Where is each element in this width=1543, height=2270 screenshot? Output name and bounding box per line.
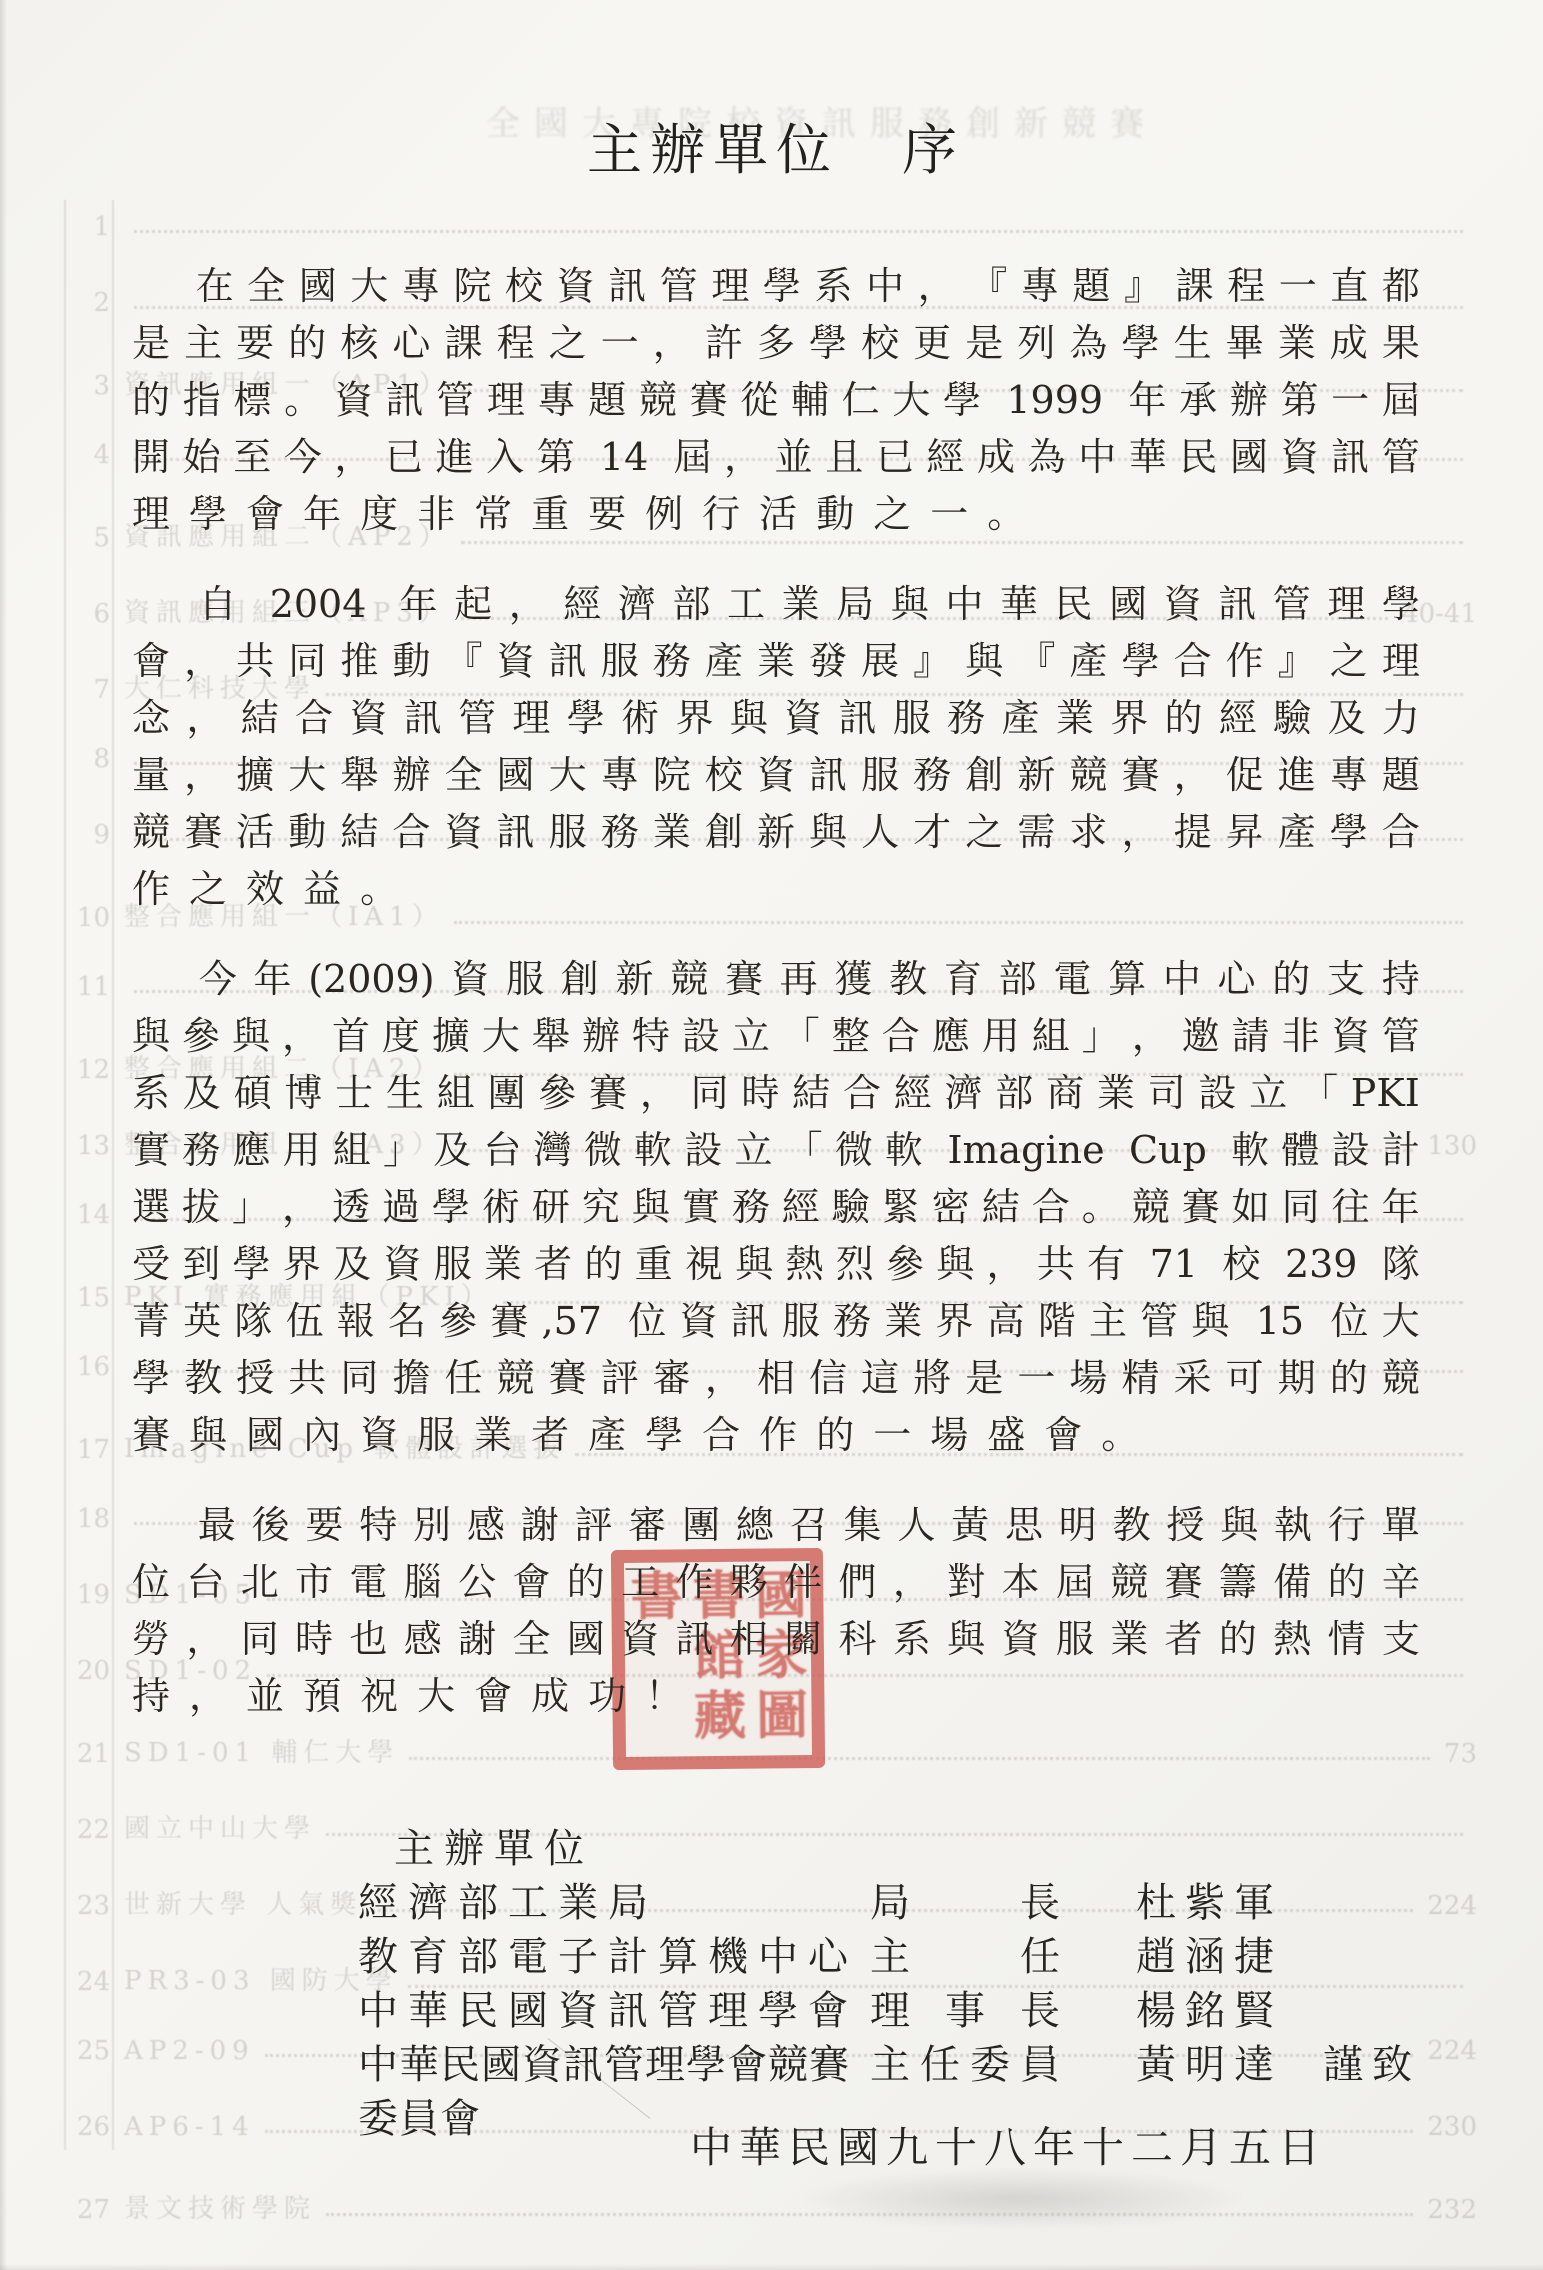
showthrough-row: 27景文技術學院232 xyxy=(56,2188,1477,2225)
scanned-document-page: { "page": { "title": "主辦單位 序", "paragrap… xyxy=(0,0,1543,2270)
paragraph: 自 2004 年起，經濟部工業局與中華民國資訊管理學會，共同推動『資訊服務產業發… xyxy=(132,576,1420,918)
body-line: 菁英隊伍報名參賽,57 位資訊服務業界高階主管與 15 位大 xyxy=(132,1293,1420,1350)
signature-name: 黃明達 xyxy=(1136,2038,1283,2092)
signature-org: 教育部電子計算機中心 xyxy=(358,1930,870,1984)
body-line: 作之效益。 xyxy=(132,861,1420,918)
body-line: 自 2004 年起，經濟部工業局與中華民國資訊管理學 xyxy=(132,576,1420,633)
body-line: 持，並預祝大會成功！ xyxy=(132,1668,1420,1725)
paragraph: 最後要特別感謝評審團總召集人黃思明教授與執行單位台北市電腦公會的工作夥伴們，對本… xyxy=(132,1497,1420,1725)
signature-rows: 經濟部工業局局長杜紫軍教育部電子計算機中心主任趙涵捷中華民國資訊管理學會理事長楊… xyxy=(358,1876,1438,2146)
signature-row: 教育部電子計算機中心主任趙涵捷 xyxy=(358,1930,1438,1984)
signature-name: 趙涵捷 xyxy=(1136,1930,1283,1984)
paper-edge-shadow xyxy=(0,2264,1543,2270)
signature-title: 主任 xyxy=(870,1930,1060,1984)
body-line: 實務應用組」及台灣微軟設立「微軟 Imagine Cup 軟體設計 xyxy=(132,1122,1420,1179)
signature-row: 中華民國資訊管理學會理事長楊銘賢 xyxy=(358,1984,1438,2038)
signature-heading: 主辦單位 xyxy=(358,1822,1438,1876)
date-line: 中華民國九十八年十二月五日 xyxy=(690,2120,1327,2176)
body-line: 與參與，首度擴大舉辦特設立「整合應用組」，邀請非資管 xyxy=(132,1008,1420,1065)
body-line: 會，共同推動『資訊服務產業發展』與『產學合作』之理 xyxy=(132,633,1420,690)
signature-org: 經濟部工業局 xyxy=(358,1876,870,1930)
body-paragraphs: 在全國大專院校資訊管理學系中，『專題』課程一直都是主要的核心課程之一，許多學校更… xyxy=(132,258,1420,1758)
body-line: 的指標。資訊管理專題競賽從輔仁大學 1999 年承辦第一屆 xyxy=(132,372,1420,429)
body-line: 理學會年度非常重要例行活動之一。 xyxy=(132,486,1420,543)
body-line: 勞，同時也感謝全國資訊相關科系與資服業者的熱情支 xyxy=(132,1611,1420,1668)
body-line: 賽與國內資服業者產學合作的一場盛會。 xyxy=(132,1407,1420,1464)
signature-title: 局長 xyxy=(870,1876,1060,1930)
paragraph: 在全國大專院校資訊管理學系中，『專題』課程一直都是主要的核心課程之一，許多學校更… xyxy=(132,258,1420,543)
body-line: 選拔」，透過學術研究與實務經驗緊密結合。競賽如同往年 xyxy=(132,1179,1420,1236)
body-line: 念，結合資訊管理學術界與資訊服務產業界的經驗及力 xyxy=(132,690,1420,747)
body-line: 在全國大專院校資訊管理學系中，『專題』課程一直都 xyxy=(132,258,1420,315)
body-line: 量，擴大舉辦全國大專院校資訊服務創新競賽，促進專題 xyxy=(132,747,1420,804)
signature-title: 主任委員 xyxy=(870,2038,1060,2092)
showthrough-row: 1 xyxy=(56,212,1477,242)
body-line: 今年(2009)資服創新競賽再獲教育部電算中心的支持 xyxy=(132,951,1420,1008)
body-line: 最後要特別感謝評審團總召集人黃思明教授與執行單 xyxy=(132,1497,1420,1554)
showthrough-barcode-blob xyxy=(795,2168,1245,2230)
body-line: 學教授共同擔任競賽評審，相信這將是一場精采可期的競 xyxy=(132,1350,1420,1407)
paper-edge-shadow xyxy=(0,0,7,2270)
signature-block: 主辦單位 經濟部工業局局長杜紫軍教育部電子計算機中心主任趙涵捷中華民國資訊管理學… xyxy=(358,1822,1438,2146)
body-line: 是主要的核心課程之一，許多學校更是列為學生畢業成果 xyxy=(132,315,1420,372)
signature-row: 經濟部工業局局長杜紫軍 xyxy=(358,1876,1438,1930)
signature-org: 中華民國資訊管理學會 xyxy=(358,1984,870,2038)
page-title: 主辦單位 序 xyxy=(132,106,1420,185)
showthrough-table-border xyxy=(112,200,114,2150)
signature-title: 理事長 xyxy=(870,1984,1060,2038)
body-line: 位台北市電腦公會的工作夥伴們，對本屆競賽籌備的辛 xyxy=(132,1554,1420,1611)
body-line: 競賽活動結合資訊服務業創新與人才之需求，提昇產學合 xyxy=(132,804,1420,861)
signature-name: 杜紫軍 xyxy=(1136,1876,1283,1930)
paragraph: 今年(2009)資服創新競賽再獲教育部電算中心的支持與參與，首度擴大舉辦特設立「… xyxy=(132,951,1420,1464)
signature-suffix: 謹致 xyxy=(1323,2038,1421,2092)
body-line: 受到學界及資服業者的重視與熱烈參與，共有 71 校 239 隊 xyxy=(132,1236,1420,1293)
body-line: 開始至今，已進入第 14 屆，並且已經成為中華民國資訊管 xyxy=(132,429,1420,486)
signature-name: 楊銘賢 xyxy=(1136,1984,1283,2038)
showthrough-table-border xyxy=(64,200,66,2150)
body-line: 系及碩博士生組團參賽，同時結合經濟部商業司設立「PKI xyxy=(132,1065,1420,1122)
